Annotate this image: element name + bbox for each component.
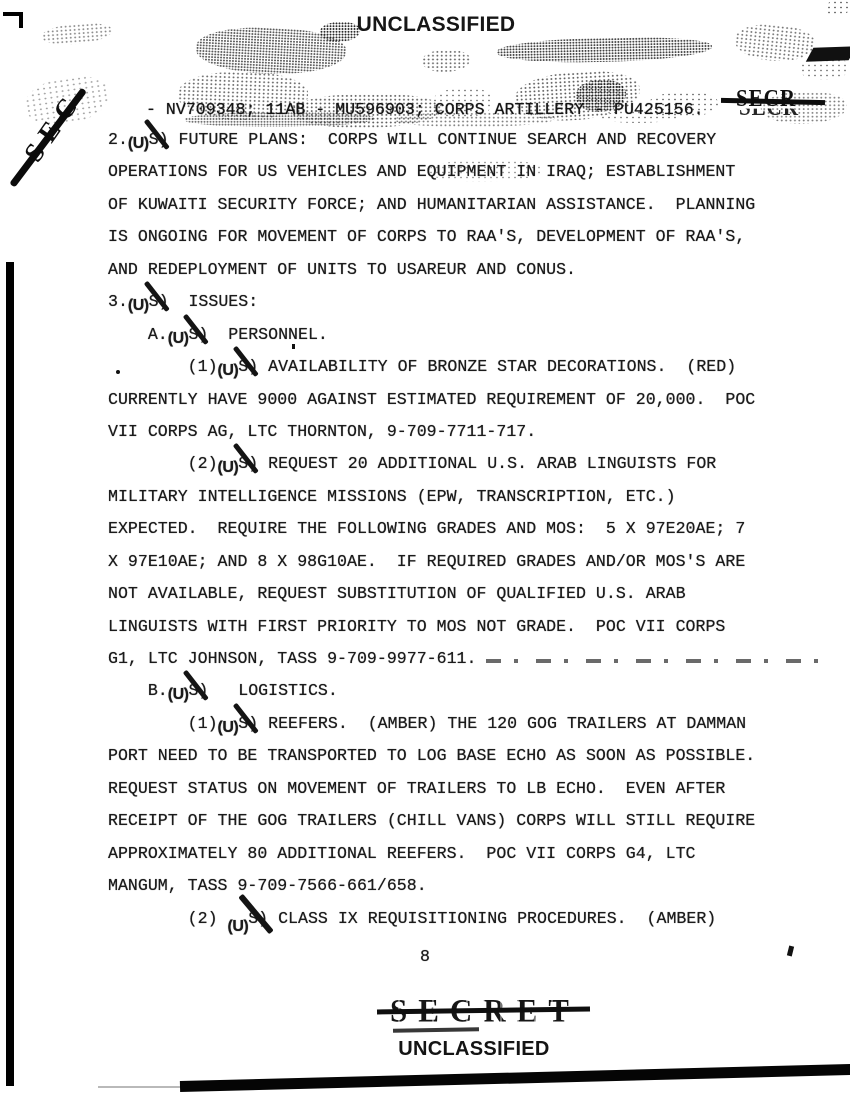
struck-classification-s-mark: S) (248, 903, 268, 935)
line-prefix: B. (108, 681, 168, 700)
line-text: FUTURE PLANS: CORPS WILL CONTINUE SEARCH… (169, 130, 717, 149)
line-text: MANGUM, TASS 9-709-7566-661/658. (108, 876, 427, 895)
line-text: AVAILABILITY OF BRONZE STAR DECORATIONS.… (258, 357, 736, 376)
doc-line: OPERATIONS FOR US VEHICLES AND EQUIPMENT… (108, 156, 821, 188)
struck-classification-s-mark: S) (188, 319, 208, 351)
document-body: 2.(U)S) FUTURE PLANS: CORPS WILL CONTINU… (108, 124, 821, 935)
doc-line: X 97E10AE; AND 8 X 98G10AE. IF REQUIRED … (108, 546, 821, 578)
classification-u-mark: (U) (218, 459, 239, 476)
classification-u-mark: (U) (168, 686, 189, 703)
line-text: OF KUWAITI SECURITY FORCE; AND HUMANITAR… (108, 195, 755, 214)
line-text: AND REDEPLOYMENT OF UNITS TO USAREUR AND… (108, 260, 576, 279)
doc-line: PORT NEED TO BE TRANSPORTED TO LOG BASE … (108, 740, 821, 772)
line-text: X 97E10AE; AND 8 X 98G10AE. IF REQUIRED … (108, 552, 745, 571)
struck-classification-s-mark: S) (188, 675, 208, 707)
document-reference-line: - NV709348; 11AB - MU596903; CORPS ARTIL… (146, 100, 704, 119)
doc-line: AND REDEPLOYMENT OF UNITS TO USAREUR AND… (108, 254, 821, 286)
line-text: G1, LTC JOHNSON, TASS 9-709-9977-611. (108, 649, 476, 668)
scan-ink-blob (806, 46, 850, 61)
line-text: LOGISTICS. (208, 681, 337, 700)
line-text: OPERATIONS FOR US VEHICLES AND EQUIPMENT… (108, 162, 735, 181)
line-text: VII CORPS AG, LTC THORNTON, 9-709-7711-7… (108, 422, 536, 441)
classification-u-mark: (U) (128, 297, 149, 314)
doc-line: A.(U)S) PERSONNEL. (108, 319, 821, 351)
doc-line: (2) (U)S) CLASS IX REQUISITIONING PROCED… (108, 903, 821, 935)
doc-line: LINGUISTS WITH FIRST PRIORITY TO MOS NOT… (108, 611, 821, 643)
classification-u-mark: (U) (228, 918, 249, 935)
line-text: REEFERS. (AMBER) THE 120 GOG TRAILERS AT… (258, 714, 746, 733)
doc-line: 3.(U)S) ISSUES: (108, 286, 821, 318)
strike-line-partial (393, 1027, 479, 1033)
struck-classification-s-mark: S) (238, 351, 258, 383)
scan-noise (497, 36, 712, 64)
line-text: CURRENTLY HAVE 9000 AGAINST ESTIMATED RE… (108, 390, 755, 409)
line-prefix: (2) (108, 909, 228, 928)
scan-artifact-dashes (486, 659, 821, 663)
line-prefix: A. (108, 325, 168, 344)
line-text: APPROXIMATELY 80 ADDITIONAL REEFERS. POC… (108, 844, 696, 863)
doc-line: (1)(U)S) REEFERS. (AMBER) THE 120 GOG TR… (108, 708, 821, 740)
doc-line: MILITARY INTELLIGENCE MISSIONS (EPW, TRA… (108, 481, 821, 513)
doc-line: OF KUWAITI SECURITY FORCE; AND HUMANITAR… (108, 189, 821, 221)
classification-u-mark: (U) (218, 719, 239, 736)
scan-noise (422, 50, 470, 72)
line-text: RECEIPT OF THE GOG TRAILERS (CHILL VANS)… (108, 811, 755, 830)
doc-line: RECEIPT OF THE GOG TRAILERS (CHILL VANS)… (108, 805, 821, 837)
line-prefix: 2. (108, 130, 128, 149)
line-prefix: (1) (108, 357, 218, 376)
classification-u-mark: (U) (218, 362, 239, 379)
doc-line: B.(U)S) LOGISTICS. (108, 675, 821, 707)
line-prefix: 3. (108, 292, 128, 311)
line-text: PORT NEED TO BE TRANSPORTED TO LOG BASE … (108, 746, 755, 765)
top-classification-header: UNCLASSIFIED (11, 13, 850, 37)
doc-line: REQUEST STATUS ON MOVEMENT OF TRAILERS T… (108, 773, 821, 805)
line-text: EXPECTED. REQUIRE THE FOLLOWING GRADES A… (108, 519, 745, 538)
document-page: UNCLASSIFIED SEC - NV709348; 11AB - MU59… (0, 0, 850, 1094)
struck-classification-s-mark: S) (149, 124, 169, 156)
doc-line: EXPECTED. REQUIRE THE FOLLOWING GRADES A… (108, 513, 821, 545)
doc-line: APPROXIMATELY 80 ADDITIONAL REEFERS. POC… (108, 838, 821, 870)
line-text: REQUEST 20 ADDITIONAL U.S. ARAB LINGUIST… (258, 454, 716, 473)
line-text: MILITARY INTELLIGENCE MISSIONS (EPW, TRA… (108, 487, 676, 506)
classification-u-mark: (U) (128, 135, 149, 152)
line-text: REQUEST STATUS ON MOVEMENT OF TRAILERS T… (108, 779, 725, 798)
doc-line: 2.(U)S) FUTURE PLANS: CORPS WILL CONTINU… (108, 124, 821, 156)
doc-line: MANGUM, TASS 9-709-7566-661/658. (108, 870, 821, 902)
scan-noise (320, 22, 360, 42)
doc-line: CURRENTLY HAVE 9000 AGAINST ESTIMATED RE… (108, 384, 821, 416)
scan-edge-artifact (6, 262, 14, 1086)
bottom-classification-footer: UNCLASSIFIED (49, 1038, 850, 1061)
scan-edge-artifact (98, 1086, 182, 1088)
doc-line: (1)(U)S) AVAILABILITY OF BRONZE STAR DEC… (108, 351, 821, 383)
doc-line: IS ONGOING FOR MOVEMENT OF CORPS TO RAA'… (108, 221, 821, 253)
line-text: IS ONGOING FOR MOVEMENT OF CORPS TO RAA'… (108, 227, 745, 246)
line-text: LINGUISTS WITH FIRST PRIORITY TO MOS NOT… (108, 617, 725, 636)
scan-edge-artifact (180, 1064, 850, 1092)
doc-line: (2)(U)S) REQUEST 20 ADDITIONAL U.S. ARAB… (108, 448, 821, 480)
struck-classification-s-mark: S) (149, 286, 169, 318)
line-text: ISSUES: (169, 292, 259, 311)
line-text: NOT AVAILABLE, REQUEST SUBSTITUTION OF Q… (108, 584, 686, 603)
struck-classification-s-mark: S) (238, 448, 258, 480)
line-prefix: (1) (108, 714, 218, 733)
line-prefix: (2) (108, 454, 218, 473)
struck-classification-s-mark: S) (238, 708, 258, 740)
line-text: PERSONNEL. (208, 325, 328, 344)
doc-line: VII CORPS AG, LTC THORNTON, 9-709-7711-7… (108, 416, 821, 448)
doc-line: G1, LTC JOHNSON, TASS 9-709-9977-611. (108, 643, 821, 675)
classification-u-mark: (U) (168, 330, 189, 347)
page-number: 8 (420, 947, 430, 966)
scan-dot (787, 946, 794, 957)
doc-line: NOT AVAILABLE, REQUEST SUBSTITUTION OF Q… (108, 578, 821, 610)
line-text: CLASS IX REQUISITIONING PROCEDURES. (AMB… (268, 909, 716, 928)
